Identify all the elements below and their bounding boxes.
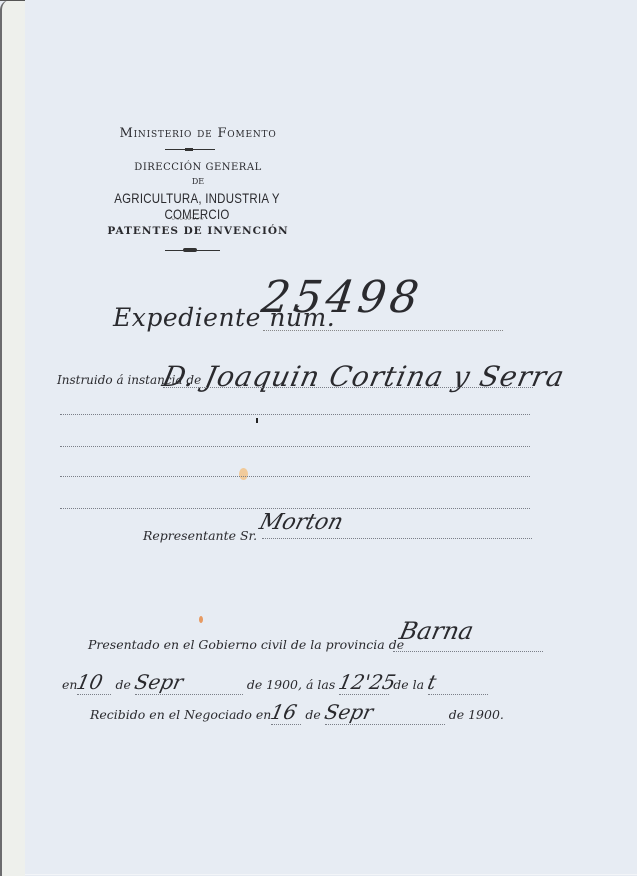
province-handwritten: Barna: [397, 617, 476, 645]
day-handwritten: 10: [75, 670, 106, 694]
dotted-line: [262, 538, 532, 539]
month-field: Sepr: [325, 700, 445, 725]
ink-mark: [256, 418, 258, 423]
de-label: de: [305, 707, 320, 722]
applicant-name-handwritten: D. Joaquin Cortina y Serra: [159, 360, 567, 393]
scan-paper-edge: [0, 0, 25, 876]
de-label: de: [115, 677, 130, 692]
period-field: t: [428, 670, 488, 695]
month-field: Sepr: [135, 670, 243, 695]
year-label: de 1900, á las: [247, 677, 335, 692]
presentado-label: Presentado en el Gobierno civil de la pr…: [88, 637, 404, 652]
recibido-row: Recibido en el Negociado en16 de Sepr de…: [90, 700, 504, 725]
paper-stain: [239, 468, 248, 480]
day-field: 16: [271, 700, 301, 725]
presentado-date-row: en10 de Sepr de 1900, á las 12'25 de la …: [62, 670, 488, 695]
dotted-line: [60, 508, 530, 509]
day-handwritten: 16: [269, 700, 300, 724]
dotted-line: [163, 387, 533, 388]
month-handwritten: Sepr: [322, 700, 375, 724]
year-label: de 1900.: [449, 707, 504, 722]
directorate-title: DIRECCIÓN GENERAL: [98, 162, 298, 173]
paper-stain: [199, 616, 203, 623]
expediente-number-handwritten: 25498: [258, 272, 425, 323]
month-handwritten: Sepr: [132, 670, 185, 694]
dotted-line: [393, 651, 543, 652]
dotted-line: [60, 446, 530, 447]
representative-signature-handwritten: Morton: [257, 510, 346, 535]
de-la-label: de la: [393, 677, 424, 692]
ornament-squiggle: 〰〰〰〰: [171, 212, 215, 225]
dotted-line: [60, 414, 530, 415]
representante-label: Representante Sr.: [143, 528, 257, 543]
dotted-line: [60, 476, 530, 477]
time-handwritten: 12'25: [337, 670, 399, 694]
ministry-title: Ministerio de Fomento: [98, 126, 298, 141]
ornament-rule: [165, 250, 220, 251]
ornament-rule: [165, 149, 215, 150]
recibido-label: Recibido en el Negociado en: [90, 707, 271, 722]
expediente-dotted-line: [263, 330, 503, 331]
section-title: PATENTES DE INVENCIÓN: [98, 225, 298, 237]
period-handwritten: t: [425, 670, 438, 694]
time-field: 12'25: [339, 670, 389, 695]
day-field: 10: [77, 670, 111, 695]
directorate-de: DE: [98, 177, 298, 186]
